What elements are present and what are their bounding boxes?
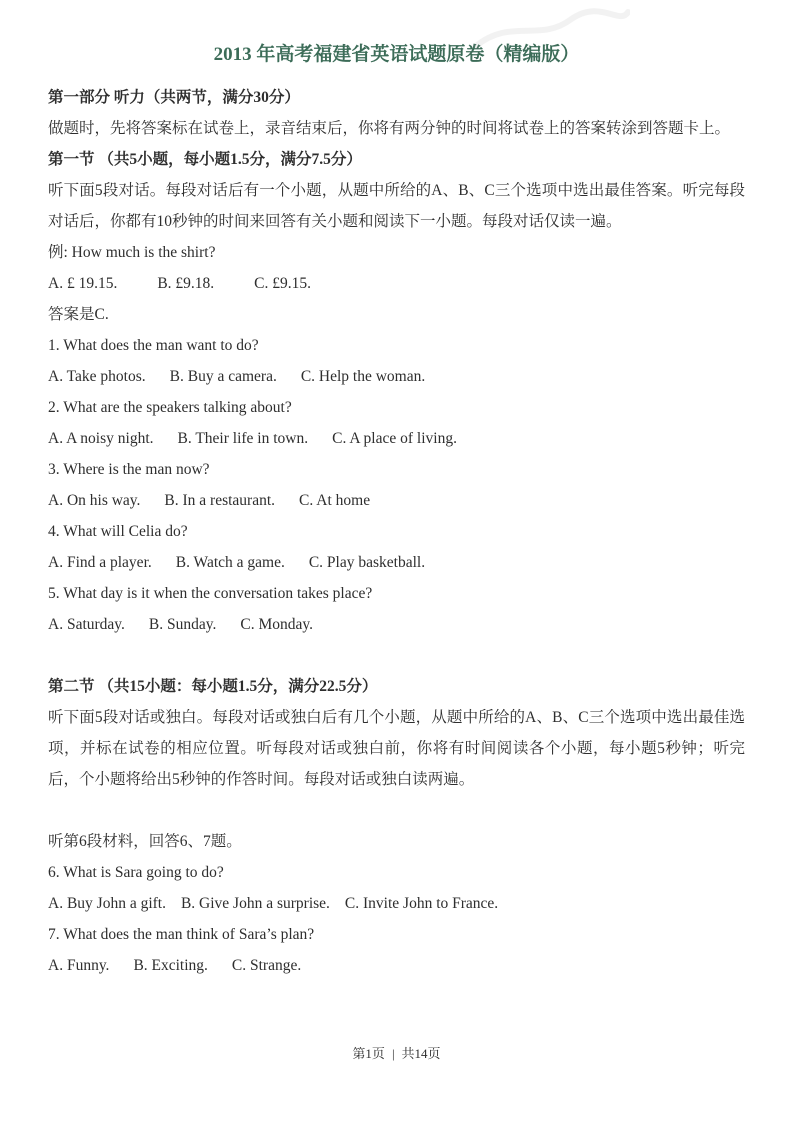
question-1-option-c: C. Help the woman. [301,361,425,392]
question-2: 2. What are the speakers talking about? … [48,392,745,454]
question-3-option-a: A. On his way. [48,485,140,516]
question-3-options: A. On his way. B. In a restaurant. C. At… [48,485,745,516]
question-4-option-b: B. Watch a game. [176,547,285,578]
question-1-options: A. Take photos. B. Buy a camera. C. Help… [48,361,745,392]
question-7-option-a: A. Funny. [48,950,109,981]
question-2-options: A. A noisy night. B. Their life in town.… [48,423,745,454]
material6-lead: 听第6段材料，回答6、7题。 [48,826,745,857]
example-option-c: C. £9.15. [254,268,311,299]
question-1-prompt: 1. What does the man want to do? [48,330,745,361]
footer-separator: | [392,1046,395,1061]
blank-line [48,640,745,671]
part1-heading: 第一部分 听力（共两节，满分30分） [48,82,745,113]
question-7-option-b: B. Exciting. [133,950,207,981]
document-title: 2013 年高考福建省英语试题原卷（精编版） [48,40,745,70]
section2-heading: 第二节 （共15小题：每小题1.5分，满分22.5分） [48,671,745,702]
section2-instructions: 听下面5段对话或独白。每段对话或独白后有几个小题，从题中所给的A、B、C三个选项… [48,702,745,795]
question-6: 6. What is Sara going to do? A. Buy John… [48,857,745,919]
page-footer: 第1页|共14页 [0,1044,793,1064]
question-2-option-a: A. A noisy night. [48,423,154,454]
section1-heading: 第一节 （共5小题，每小题1.5分，满分7.5分） [48,144,745,175]
question-3-prompt: 3. Where is the man now? [48,454,745,485]
footer-total-pages: 共14页 [402,1046,441,1061]
question-7: 7. What does the man think of Sara’s pla… [48,919,745,981]
question-7-prompt: 7. What does the man think of Sara’s pla… [48,919,745,950]
question-4-option-c: C. Play basketball. [309,547,425,578]
footer-page-number: 第1页 [352,1046,385,1061]
question-6-option-c: C. Invite John to France. [345,888,498,919]
example-options: A. £ 19.15. B. £9.18. C. £9.15. [48,268,745,299]
question-5-options: A. Saturday. B. Sunday. C. Monday. [48,609,745,640]
example-answer: 答案是C. [48,299,745,330]
question-5-option-c: C. Monday. [240,609,313,640]
question-7-options: A. Funny. B. Exciting. C. Strange. [48,950,745,981]
question-6-option-a: A. Buy John a gift. [48,888,166,919]
question-2-option-b: B. Their life in town. [178,423,309,454]
section1-instructions: 听下面5段对话。每段对话后有一个小题，从题中所给的A、B、C三个选项中选出最佳答… [48,175,745,237]
question-1: 1. What does the man want to do? A. Take… [48,330,745,392]
question-6-prompt: 6. What is Sara going to do? [48,857,745,888]
example-option-b: B. £9.18. [157,268,214,299]
question-4-options: A. Find a player. B. Watch a game. C. Pl… [48,547,745,578]
question-4-option-a: A. Find a player. [48,547,152,578]
question-3: 3. Where is the man now? A. On his way. … [48,454,745,516]
question-5-option-b: B. Sunday. [149,609,216,640]
example-option-a: A. £ 19.15. [48,268,117,299]
question-7-option-c: C. Strange. [232,950,301,981]
question-6-options: A. Buy John a gift. B. Give John a surpr… [48,888,745,919]
question-5-prompt: 5. What day is it when the conversation … [48,578,745,609]
question-1-option-a: A. Take photos. [48,361,146,392]
question-5: 5. What day is it when the conversation … [48,578,745,640]
question-4: 4. What will Celia do? A. Find a player.… [48,516,745,578]
question-2-prompt: 2. What are the speakers talking about? [48,392,745,423]
question-2-option-c: C. A place of living. [332,423,457,454]
question-3-option-c: C. At home [299,485,370,516]
part1-note: 做题时，先将答案标在试卷上，录音结束后，你将有两分钟的时间将试卷上的答案转涂到答… [48,113,745,144]
question-3-option-b: B. In a restaurant. [164,485,275,516]
blank-line [48,795,745,826]
question-4-prompt: 4. What will Celia do? [48,516,745,547]
question-1-option-b: B. Buy a camera. [170,361,277,392]
example-prompt: 例: How much is the shirt? [48,237,745,268]
exam-document-page: 2013 年高考福建省英语试题原卷（精编版） 第一部分 听力（共两节，满分30分… [0,0,793,1122]
question-5-option-a: A. Saturday. [48,609,125,640]
question-6-option-b: B. Give John a surprise. [181,888,330,919]
